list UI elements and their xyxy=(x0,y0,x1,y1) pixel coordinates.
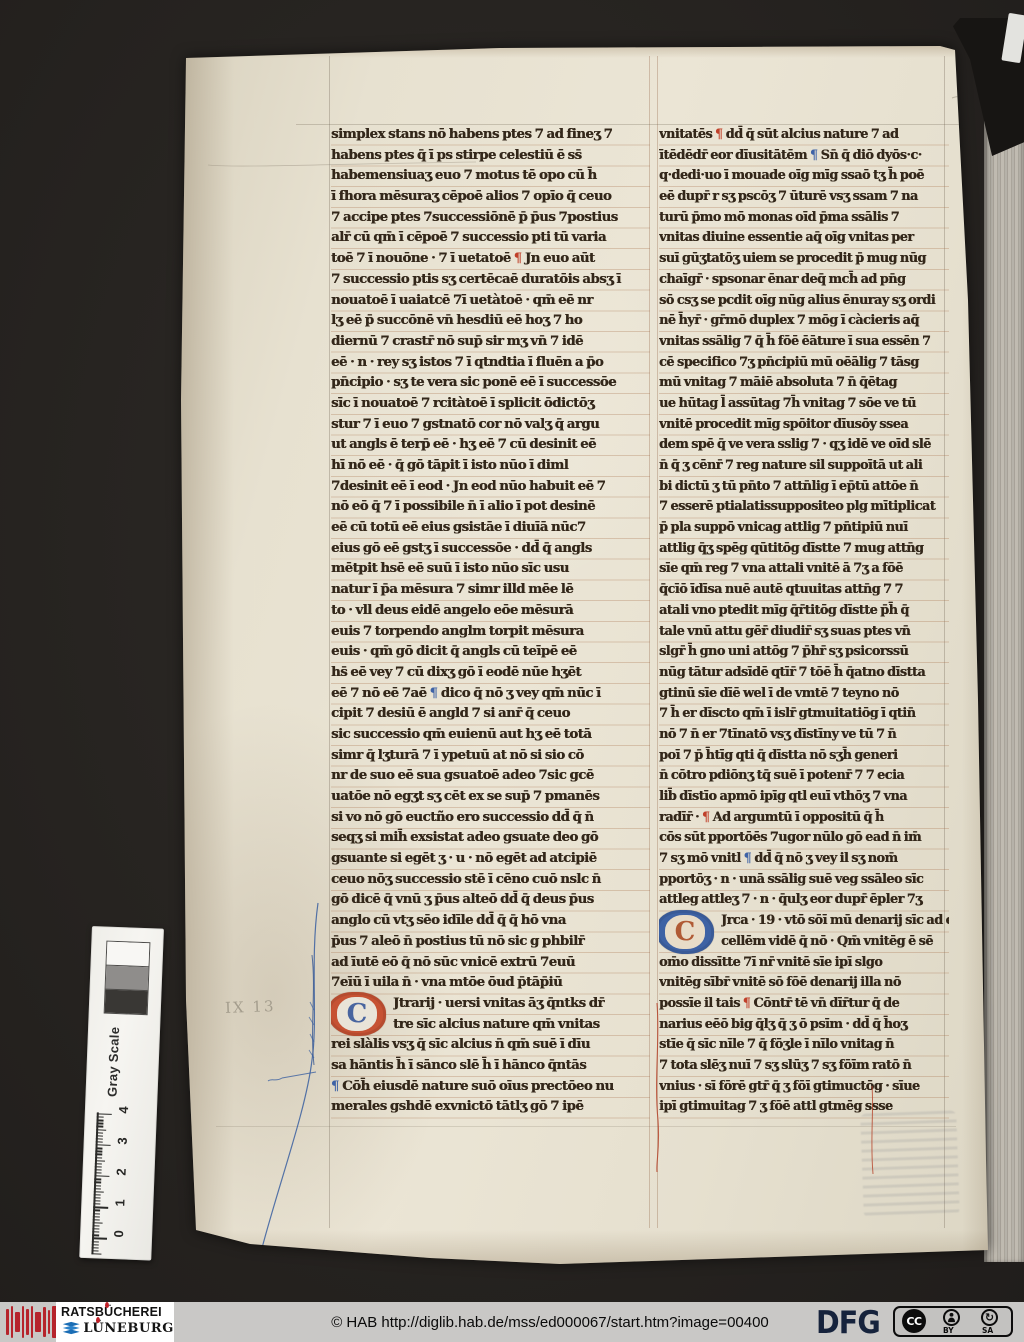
manuscript-line: tre sīc alcius nature qm̄ vnitas xyxy=(393,1015,650,1036)
book-fore-edge xyxy=(984,38,1024,1262)
sa-icon: ↻ xyxy=(981,1309,998,1326)
footer-bar: RATSBÜCHEREI LÜNEBURG © HAB http://digli… xyxy=(0,1302,1024,1342)
ruler-tick xyxy=(94,1179,101,1181)
ruler-tick xyxy=(94,1185,101,1187)
sa-label: SA xyxy=(982,1326,993,1335)
ruler-tick xyxy=(94,1188,101,1190)
manuscript-line: nr de suo eē sua gsuatoē adeo 7sic gcē xyxy=(331,766,650,787)
decorated-initial: C xyxy=(659,910,714,954)
pilcrow-icon: ¶ xyxy=(715,127,726,142)
manuscript-line: lib̄ dīstīo apmō ipīg qtl euī vthōʒ 7 vn… xyxy=(659,787,949,808)
manuscript-line: mētpit hsē eē suū ī isto nūo sīc usu xyxy=(331,559,650,580)
initial-letter: C xyxy=(347,1001,368,1027)
manuscript-line: eē cū totū eē eius gsistāe ī diuīā nūc7 xyxy=(331,518,650,539)
ruler-tick xyxy=(92,1238,107,1240)
manuscript-line: sīe qm̄ reg 7 vna attali vnitē ā 7ʒ a fō… xyxy=(659,559,949,580)
ruler-tick xyxy=(96,1138,103,1140)
ruler-tick xyxy=(95,1169,102,1171)
pilcrow-icon: ¶ xyxy=(331,1079,342,1094)
manuscript-line: sic successio qm̄ euienū aut hʒ eē totā xyxy=(331,725,650,746)
ruler-tick xyxy=(96,1126,103,1128)
manuscript-line: om̄o dissītte 7ī nr̄ vnitē sīe ipī slgo xyxy=(659,953,949,974)
manuscript-line: 7desinit eē ī eod · Jn eod nūo habuit eē… xyxy=(331,477,650,498)
ruler-baseline xyxy=(91,1112,98,1254)
waves-icon xyxy=(62,1320,80,1336)
manuscript-line: to · vll deus eidē angelo eōe mēsurā xyxy=(331,601,650,622)
blue-margin-flourish xyxy=(262,903,318,1248)
parchment: C simplex stans nō habens ptes 7 ad fine… xyxy=(176,42,988,1264)
manuscript-line: anglo cū vtʒ sēo idīle dd̄ q̄ q̄ hō vna xyxy=(331,911,650,932)
ruler-tick xyxy=(97,1120,104,1122)
library-name-text1: RATSBÜCHEREI xyxy=(61,1305,162,1319)
ruler-tick xyxy=(93,1216,100,1218)
manuscript-line: vnius · sī fōrē gtr̄ q̄ ʒ fōī gtimuctōg … xyxy=(659,1077,949,1098)
manuscript-line: attlig q̄ʒ spēg qūtitōg dīstte 7 mug att… xyxy=(659,539,949,560)
by-label: BY xyxy=(943,1326,954,1335)
manuscript-line: alr̄ cū qm̄ ī cēpoē 7 successio pti tū v… xyxy=(331,228,650,249)
show-through-text xyxy=(860,1110,960,1217)
manuscript-line: nō eō q̄ 7 ī possibile n̄ ī alio ī pot d… xyxy=(331,497,650,518)
library-name-line2: LÜNEBURG xyxy=(83,1321,174,1336)
ruler-tick xyxy=(94,1194,101,1196)
ruler-tick xyxy=(92,1225,99,1227)
ruler-tick xyxy=(97,1113,112,1115)
manuscript-line: q·dedi·uo ī mouade oīg mīg ssaō tʒ h̄ po… xyxy=(659,166,949,187)
manuscript-line: ī fhora mēsuraʒ cēpoē alios 7 opīo q̄ ce… xyxy=(331,187,650,208)
manuscript-line: eē dupr̄ r sʒ pscōʒ 7 ūturē vsʒ ssam 7 n… xyxy=(659,187,949,208)
ruler-tick xyxy=(92,1235,99,1237)
manuscript-line: 7 sʒ mō vnitl ¶ dd̄ q̄ nō ʒ vey il sʒ no… xyxy=(659,849,949,870)
manuscript-line: natur ī p̄a mēsura 7 simr illd mēe lē xyxy=(331,580,650,601)
manuscript-line: gtinū sīe dīē wel ī de vmtē 7 teyno nō xyxy=(659,684,949,705)
barcode-bar xyxy=(43,1307,46,1337)
manuscript-line: vnitas diuine essentie aq̄ oīg vnitas pe… xyxy=(659,228,949,249)
manuscript-line: ad īutē eō q̄ nō sūc vnicē extrū 7euū xyxy=(331,953,650,974)
ruler-tick xyxy=(95,1166,102,1168)
ruler-tick xyxy=(93,1200,100,1202)
barcode-bar xyxy=(6,1309,9,1335)
ruler-tick xyxy=(92,1247,99,1249)
manuscript-line: ut angls ē terp̄ eē · hʒ eē 7 cū desinit… xyxy=(331,435,650,456)
gray-patch xyxy=(106,966,149,992)
manuscript-line: cē specifico 7ʒ pn̄cipiū mū oēālig 7 tās… xyxy=(659,353,949,374)
pilcrow-icon: ¶ xyxy=(702,810,713,825)
cc-license-badge: CC BY ↻ SA xyxy=(893,1306,1013,1337)
ruler-tick xyxy=(96,1123,103,1125)
manuscript-line: lʒ eē p̄ succōnē vn̄ hesdiū eē hoʒ 7 ho xyxy=(331,311,650,332)
manuscript-line: vnitatēs ¶ dd̄ q̄ sūt alcius nature 7 ad xyxy=(659,125,949,146)
manuscript-line: merales gshdē exvnictō tātlʒ gō 7 ipē xyxy=(331,1097,650,1118)
manuscript-line: p̄us 7 aleō n̄ postius tū nō sic g phbil… xyxy=(331,932,650,953)
pilcrow-icon: ¶ xyxy=(744,851,755,866)
initial-letter: C xyxy=(675,919,696,945)
ruler-number: 1 xyxy=(112,1199,127,1207)
manuscript-line: p̄ pla suppō vnicag attlig 7 pn̄tipiū nu… xyxy=(659,518,949,539)
manuscript-line: possīe il tais ¶ Cōntr̄ tē vn̄ dīr̄tur q… xyxy=(659,994,949,1015)
pilcrow-icon: ¶ xyxy=(743,996,754,1011)
ruler-number: 2 xyxy=(113,1168,128,1176)
manuscript-page: C simplex stans nō habens ptes 7 ad fine… xyxy=(176,42,988,1264)
ruler-tick xyxy=(97,1116,104,1118)
blue-pointer-line xyxy=(268,1072,316,1081)
barcode-bar xyxy=(11,1306,13,1338)
manuscript-line: eē 7 nō eē 7aē ¶ dico q̄ nō ʒ vey qm̄ nū… xyxy=(331,684,650,705)
by-person-icon xyxy=(943,1309,960,1326)
manuscript-line: bi dictū ʒ tū pn̄to 7 attn̄lig ī ep̄tū a… xyxy=(659,477,949,498)
manuscript-line: n̄ cōtro pdiōnʒ tq̄ suē ī potenr̄ 7 7 ec… xyxy=(659,766,949,787)
red-flame-icon xyxy=(105,1302,109,1308)
frame-rule-left xyxy=(329,56,330,1228)
manuscript-line: ītēdēdr̄ eor dīusitātēm ¶ Sn̄ q̄ diō dyō… xyxy=(659,146,949,167)
barcode-bar xyxy=(48,1310,50,1334)
manuscript-line: pn̄cipio · sʒ te vera sic ponē eē ī succ… xyxy=(331,373,650,394)
manuscript-line: cellēm vidē q̄ nō · Qm̄ vnitēg ē sē xyxy=(721,932,949,953)
manuscript-line: attleg attleʒ 7 · n · q̄ulʒ eor dupr̄ ēp… xyxy=(659,890,949,911)
manuscript-line: 7 successio ptis sʒ certēcaē duratōis ab… xyxy=(331,270,650,291)
manuscript-line: dem spē q̄ ve vera sslig 7 · qʒ idē ve o… xyxy=(659,435,949,456)
ruler-tick xyxy=(92,1241,99,1243)
blue-margin-script xyxy=(309,1002,314,1058)
ruler-tick xyxy=(95,1163,102,1165)
ruler-tick xyxy=(93,1213,100,1215)
manuscript-line: sō csʒ se pcdit oīg nūg alius ēnuray sʒ … xyxy=(659,291,949,312)
gray-scale-label: Gray Scale xyxy=(104,1017,122,1098)
gray-scale-patches xyxy=(104,941,151,1016)
manuscript-line: ceuo nōʒ successio stē ī cēno cuō nslc n… xyxy=(331,870,650,891)
manuscript-line: simplex stans nō habens ptes 7 ad fineʒ … xyxy=(331,125,650,146)
manuscript-line: sīc ī nouatoē 7 rcitàtoē ī splicit ōdict… xyxy=(331,394,650,415)
manuscript-line: vnitas ssālig 7 q̄ h̄ fōē ēāture ī sua e… xyxy=(659,332,949,353)
manuscript-line: poī 7 p̄ h̄tīg qti q̄ dīstta nō sʒh̄ gen… xyxy=(659,746,949,767)
pilcrow-icon: ¶ xyxy=(810,148,821,163)
ruler-tick xyxy=(95,1157,102,1159)
manuscript-line: atali vno ptedit mīg q̄r̄titōg dīstte p̄… xyxy=(659,601,949,622)
manuscript-line: pportōʒ · n · unā ssālig suē veg ssāleo … xyxy=(659,870,949,891)
ruler-tick xyxy=(96,1141,103,1143)
frame-rule-bottom xyxy=(216,1126,956,1127)
manuscript-line: sa hāntis h̄ ī sānco slē h̄ ī hānco q̄nt… xyxy=(331,1056,650,1077)
barcode-bar xyxy=(22,1306,24,1338)
gray-patch xyxy=(106,942,149,968)
ruler-tick xyxy=(94,1175,109,1177)
ruler-number: 3 xyxy=(115,1137,130,1145)
library-name-text2: LÜNEBURG xyxy=(83,1321,174,1336)
copyright-text: © HAB http://diglib.hab.de/mss/ed000067/… xyxy=(320,1302,780,1342)
ruler-tick xyxy=(95,1151,102,1153)
manuscript-line: simr q̄ lʒturā 7 ī ypetuū at nō si sio c… xyxy=(331,746,650,767)
barcode-bar xyxy=(26,1309,29,1335)
gray-scale-ruler: Gray Scale 43210 xyxy=(79,926,164,1261)
ruler-tick xyxy=(94,1197,101,1199)
gray-patch xyxy=(105,990,148,1015)
ruler-tick xyxy=(91,1253,101,1255)
manuscript-line: seqʒ si mih̄ exsistat adeo gsuate deo gō xyxy=(331,828,650,849)
library-name-line1: RATSBÜCHEREI xyxy=(61,1305,174,1319)
ruler-tick xyxy=(92,1228,99,1230)
manuscript-line: 7 esserē ptialatissuppositeo plg mītipli… xyxy=(659,497,949,518)
ruler-tick xyxy=(96,1135,103,1137)
ruler-number: 0 xyxy=(111,1230,126,1238)
manuscript-line: gsuante si egēt ʒ · u · nō egēt ad atcip… xyxy=(331,849,650,870)
manuscript-line: mū vnitag 7 māiē absoluta 7 n̄ q̄ētag xyxy=(659,373,949,394)
ruler-tick xyxy=(92,1250,99,1252)
sa-glyph: ↻ xyxy=(985,1311,994,1324)
manuscript-line: euis · qm̄ gō dicit q̄ angls cū teīpē eē xyxy=(331,642,650,663)
manuscript-line: cipit 7 desiū ē angld 7 si anr̄ q̄ ceuo xyxy=(331,704,650,725)
manuscript-line: eē · n · rey sʒ istos 7 ī qtndtia ī fluē… xyxy=(331,353,650,374)
manuscript-line: tale vnū attu gēr̄ diudir̄ sʒ suas ptes … xyxy=(659,622,949,643)
initial-core: C xyxy=(665,915,705,949)
manuscript-line: cōs sūt pportōēs 7ugor nūlo gō ead n̄ im… xyxy=(659,828,949,849)
manuscript-line: Jtrarij · uersi vnitas āʒ q̄ntks dr̄ xyxy=(393,994,650,1015)
ruler-tick xyxy=(96,1132,103,1134)
manuscript-line: 7 tota slēʒ nuī 7 sʒ slūʒ 7 sʒ fōīm ratō… xyxy=(659,1056,949,1077)
pilcrow-icon: ¶ xyxy=(430,686,441,701)
manuscript-line: nūg tātur adsīdē qtīr̄ 7 tōē h̄ q̄atno d… xyxy=(659,663,949,684)
manuscript-line: stur 7 ī euo 7 gstnatō cor nō valʒ q̄ ar… xyxy=(331,415,650,436)
frame-rule-gutter-b xyxy=(657,56,658,1228)
ruler-tick xyxy=(92,1231,99,1233)
manuscript-line: Jrca · 19 · vtō sōī mū denarij sīc ad er… xyxy=(721,911,949,932)
manuscript-line: diernū 7 crastr̄ nō sup̄ sir mʒ vn̄ 7 id… xyxy=(331,332,650,353)
manuscript-line: uatōe nō egʒt sʒ cēt ex se sup̄ 7 pmanēs xyxy=(331,787,650,808)
ruler-tick xyxy=(94,1172,101,1174)
ruler-tick xyxy=(93,1219,100,1221)
manuscript-line: chaīgr̄ · spsonar ēnar deq̄ mch̄ ad pn̄g xyxy=(659,270,949,291)
manuscript-line: 7eīū ī uila n̄ · vna mtōe ōud p̄tāp̄iū xyxy=(331,973,650,994)
manuscript-line: habemensiuaʒ euo 7 motus tē opo cū h̄ xyxy=(331,166,650,187)
decorated-initial: C xyxy=(331,992,386,1036)
manuscript-column-left: C simplex stans nō habens ptes 7 ad fine… xyxy=(331,125,650,1121)
cc-icon: CC xyxy=(902,1309,926,1333)
manuscript-line: stīe q̄ sīc nīle 7 q̄ fōʒle ī nīlo vnita… xyxy=(659,1035,949,1056)
ruler-ticks: 43210 xyxy=(92,926,164,929)
manuscript-line: nō 7 n̄ er 7tīnatō vsʒ dīstīny ve tū 7 n… xyxy=(659,725,949,746)
ruler-tick xyxy=(95,1154,102,1156)
initial-core: C xyxy=(337,997,377,1031)
ruler-number: 4 xyxy=(116,1106,131,1114)
manuscript-line: nouatoē ī uaiatcē 7ī uetàtoē · qm̄ eē nr xyxy=(331,291,650,312)
manuscript-line: suī gūʒtatōʒ uiem se procedit p̄ mug nūg xyxy=(659,249,949,270)
manuscript-line: turū p̄mo mō monas oīd p̄ma ssālis 7 xyxy=(659,208,949,229)
manuscript-line: eius gō eē gstʒ ī successōe · dd̄ q̄ ang… xyxy=(331,539,650,560)
manuscript-line: vnitē procedit mīg spōitor dīusōy ssea xyxy=(659,415,949,436)
manuscript-line: habens ptes q̄ ī ps stirpe celestiū ē ss… xyxy=(331,146,650,167)
ruler-tick xyxy=(93,1203,100,1205)
manuscript-line: hs̄ eē vey 7 cū dixʒ gō ī eodē nūe hʒēt xyxy=(331,663,650,684)
manuscript-line: ¶ Cōh̄ eiusdē nature suō oīus prectōeo n… xyxy=(331,1077,650,1098)
manuscript-line: si vo nō gō euctño ero successio dd̄ q̄ … xyxy=(331,808,650,829)
manuscript-line: 7 accipe ptes 7successiōnē p̄ p̄us 7post… xyxy=(331,208,650,229)
manuscript-line: radīr̄ · ¶ Ad argumtū ī oppositū q̄ h̄ xyxy=(659,808,949,829)
manuscript-line: 7 h̄ er dīscto qm̄ ī islr̄ gtmuitatiōg ī… xyxy=(659,704,949,725)
blue-margin-stroke xyxy=(312,955,314,1065)
barcode-bar xyxy=(35,1312,41,1332)
manuscript-line: vnitēg sībr̄ vnitē sō fōē denarij illa n… xyxy=(659,973,949,994)
manuscript-line: rei slàlis vsʒ q̄ sīc alcius n̄ qm̄ suē … xyxy=(331,1035,650,1056)
manuscript-line: euis 7 torpendo anglm torpit mēsura xyxy=(331,622,650,643)
manuscript-line: slgr̄ h̄ gno uni attōg 7 p̄hr̄ sʒ psicor… xyxy=(659,642,949,663)
manuscript-line: narius eēō big q̄lʒ q̄ ʒ ō psīm · dd̄ q̄… xyxy=(659,1015,949,1036)
ruler-tick xyxy=(95,1148,102,1150)
dfg-logo: DFG xyxy=(816,1303,880,1342)
barcode-bar xyxy=(31,1306,33,1338)
margin-pencil-note: IX 13 xyxy=(225,997,276,1017)
ruler-tick xyxy=(94,1182,101,1184)
manuscript-line: ue hūtag l̄ assūtag 7h̄ vnitag 7 sōe ve … xyxy=(659,394,949,415)
manuscript-line: nē h̄yr̄ · gr̄mō duplex 7 mōg ī càcieris… xyxy=(659,311,949,332)
digitized-manuscript-scan: { "colors":{"background":"#262320","parc… xyxy=(0,0,1024,1342)
ruler-tick xyxy=(93,1210,100,1212)
manuscript-line: toē 7 ī nouōne · 7 ī uetatoē ¶ Jn euo aū… xyxy=(331,249,650,270)
ruler-tick xyxy=(96,1144,111,1146)
manuscript-line: gō dicē q̄ vnū ʒ p̄us alteō dd̄ q̄ deus … xyxy=(331,890,650,911)
manuscript-line: hī nō eē · q̄ gō tāpit ī isto nūo ī diml xyxy=(331,456,650,477)
barcode-bar xyxy=(15,1312,20,1332)
ruler-tick xyxy=(93,1207,108,1209)
pencil-squiggle xyxy=(952,94,980,98)
ruler-tick xyxy=(92,1244,99,1246)
manuscript-column-right: C vnitatēs ¶ dd̄ q̄ sūt alcius nature 7 … xyxy=(659,125,949,1123)
manuscript-line: n̄ q̄ ʒ cēnr̄ 7 reg nature sil suppoītā … xyxy=(659,456,949,477)
pilcrow-icon: ¶ xyxy=(514,251,525,266)
library-logo: RATSBÜCHEREI LÜNEBURG xyxy=(56,1302,174,1342)
manuscript-line: q̄cīō īdīsa nuē autē qtuuitas attn̄g 7 7 xyxy=(659,580,949,601)
